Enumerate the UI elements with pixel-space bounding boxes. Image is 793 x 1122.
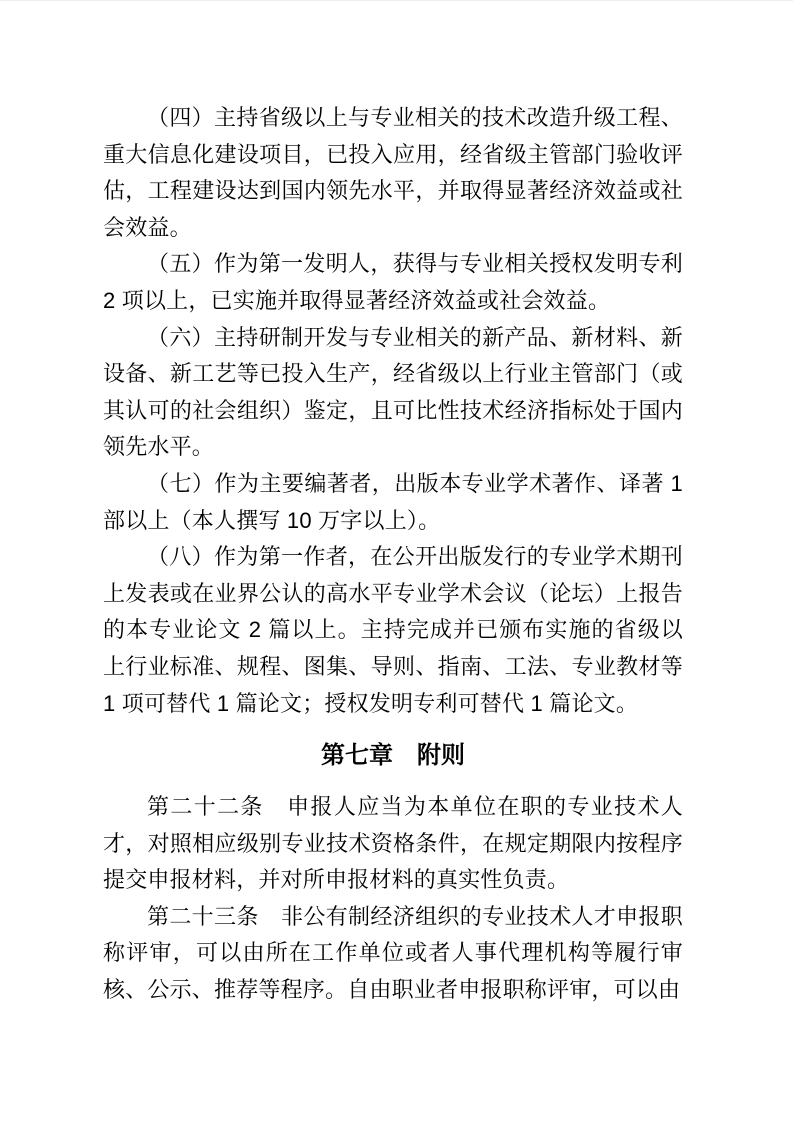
- paragraph-clause-6: （六）主持研制开发与专业相关的新产品、新材料、新设备、新工艺等已投入生产，经省级…: [103, 320, 683, 466]
- paragraph-clause-4: （四）主持省级以上与专业相关的技术改造升级工程、重大信息化建设项目，已投入应用，…: [103, 100, 683, 246]
- paragraph-clause-8: （八）作为第一作者，在公开出版发行的专业学术期刊上发表或在业界公认的高水平专业学…: [103, 539, 683, 722]
- document-page: （四）主持省级以上与专业相关的技术改造升级工程、重大信息化建设项目，已投入应用，…: [0, 0, 793, 1122]
- paragraph-article-23: 第二十三条 非公有制经济组织的专业技术人才申报职称评审，可以由所在工作单位或者人…: [103, 899, 683, 1009]
- paragraph-article-22: 第二十二条 申报人应当为本单位在职的专业技术人才，对照相应级别专业技术资格条件，…: [103, 789, 683, 899]
- paragraph-clause-7: （七）作为主要编著者，出版本专业学术著作、译著 1 部以上（本人撰写 10 万字…: [103, 466, 683, 539]
- chapter-heading: 第七章 附则: [103, 737, 683, 774]
- paragraph-clause-5: （五）作为第一发明人，获得与专业相关授权发明专利 2 项以上，已实施并取得显著经…: [103, 246, 683, 319]
